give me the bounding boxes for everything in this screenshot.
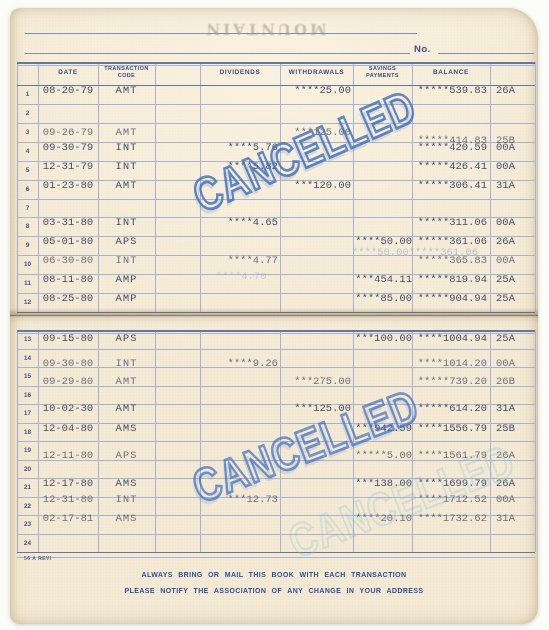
passbook-page: MOUNTAIN No. DATE TRANSACTION CODE DIVID… (10, 8, 538, 624)
cell-suffix: 00A (490, 494, 535, 513)
cell-dividends (200, 403, 280, 422)
cell-date (38, 534, 98, 553)
table-row: 1409-30-80INT****9.26****1014.2000A (17, 349, 535, 368)
grid-line (17, 557, 535, 558)
cell-date: 02-17-81 (38, 513, 98, 532)
cell-code: AMS (98, 513, 155, 532)
cell-dividends (200, 513, 280, 532)
cell-dividends (200, 534, 280, 553)
cell-date: 12-04-80 (38, 423, 98, 442)
footer-notice: ALWAYS BRING OR MAIL THIS BOOK WITH EACH… (10, 568, 538, 600)
cell-suffix: 31A (490, 403, 535, 422)
table-row: 1509-29-80AMT***275.00*****739.2026B (17, 367, 535, 386)
cell-suffix (490, 534, 535, 553)
cell-date: 10-02-30 (38, 403, 98, 422)
cell-code (98, 460, 155, 479)
cell-code: AMT (98, 403, 155, 422)
form-code: 56 A REVI (24, 556, 52, 562)
cell-num: 22 (17, 497, 38, 516)
cell-num: 17 (17, 404, 38, 423)
cell-withdrawals (280, 386, 353, 405)
cell-blank (155, 423, 200, 442)
cell-num: 13 (17, 330, 38, 349)
cell-balance: *****614.20 (412, 403, 490, 422)
cell-num: 14 (17, 349, 38, 368)
cell-num: 19 (17, 441, 38, 460)
cell-date: 12-31-80 (38, 494, 98, 513)
cell-num: 23 (17, 515, 38, 534)
cell-blank (155, 386, 200, 405)
cell-blank (155, 403, 200, 422)
cell-code: AMS (98, 423, 155, 442)
account-no-label: No. (414, 44, 431, 55)
page-fold-seam (10, 308, 538, 324)
name-line (25, 33, 417, 34)
cell-balance (412, 386, 490, 405)
table-row: 24 (17, 534, 535, 553)
cell-date (38, 386, 98, 405)
bleedthrough-entry: ****50.00*****361.06 (352, 248, 478, 258)
cell-code (98, 386, 155, 405)
account-line (25, 53, 410, 54)
table-row: 1710-02-30AMT***125.00*****614.2031A (17, 404, 535, 423)
footer-line-1: ALWAYS BRING OR MAIL THIS BOOK WITH EACH… (10, 568, 538, 584)
cell-num: 21 (17, 478, 38, 497)
footer-line-2: PLEASE NOTIFY THE ASSOCIATION OF ANY CHA… (10, 584, 538, 600)
cell-num: 20 (17, 460, 38, 479)
cell-num: 16 (17, 386, 38, 405)
cell-blank (155, 513, 200, 532)
table-row: 16 (17, 386, 535, 405)
cell-dividends (200, 386, 280, 405)
cell-suffix (490, 386, 535, 405)
grid-line (535, 330, 536, 552)
cell-num: 24 (17, 534, 38, 553)
cell-code: INT (98, 494, 155, 513)
cell-num: 18 (17, 423, 38, 442)
cell-num: 15 (17, 367, 38, 386)
bleedthrough-entry: ****4.70 (216, 272, 266, 282)
cell-blank (155, 494, 200, 513)
account-no-line (438, 53, 534, 54)
cell-blank (155, 534, 200, 553)
cell-suffix: 31A (490, 513, 535, 532)
cell-date (38, 460, 98, 479)
table-row: 1309-15-80APS***100.00****1004.9425A (17, 330, 535, 349)
cell-balance (412, 534, 490, 553)
cell-code (98, 534, 155, 553)
table-row: 2302-17-81AMS****20.10****1732.6231A (17, 515, 535, 534)
